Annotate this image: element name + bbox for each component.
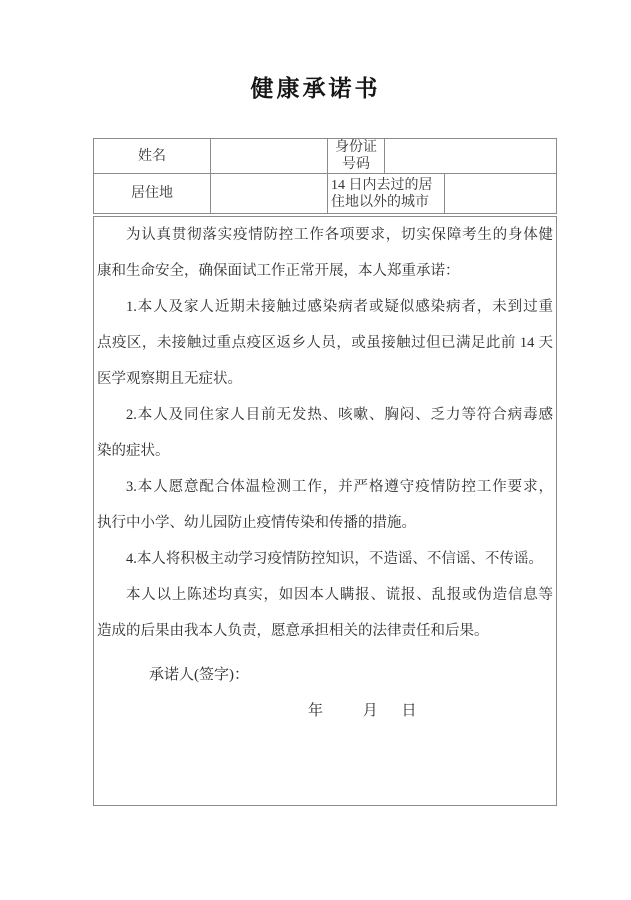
cities-within-14-days-label: 14 日内去过的居住地以外的城市 xyxy=(328,174,445,213)
document-page: 健康承诺书 姓名 身份证号码 居住地 14 日内去过的居住地以外的城市 为认真贯… xyxy=(0,0,631,900)
commitment-line: 2.本人及同住家人目前无发热、咳嗽、胸闷、乏力等符合病毒感 xyxy=(97,397,553,433)
document-title: 健康承诺书 xyxy=(0,70,631,103)
commitment-box: 为认真贯彻落实疫情防控工作各项要求，切实保障考生的身体健 康和生命安全，确保面试… xyxy=(93,216,557,806)
table-row: 姓名 身份证号码 xyxy=(94,139,556,174)
commitment-line: 本人以上陈述均真实，如因本人瞒报、谎报、乱报或伪造信息等 xyxy=(97,577,553,613)
id-number-value-cell xyxy=(385,139,556,173)
name-label: 姓名 xyxy=(94,139,211,173)
cities-value-cell xyxy=(445,174,556,213)
commitment-line: 4.本人将积极主动学习疫情防控知识，不造谣、不信谣、不传谣。 xyxy=(97,541,553,577)
commitment-line: 为认真贯彻落实疫情防控工作各项要求，切实保障考生的身体健 xyxy=(97,217,553,253)
info-table: 姓名 身份证号码 居住地 14 日内去过的居住地以外的城市 xyxy=(93,138,557,214)
name-value-cell xyxy=(211,139,328,173)
year-label: 年 xyxy=(308,703,323,719)
commitment-line: 康和生命安全，确保面试工作正常开展，本人郑重承诺： xyxy=(97,253,553,289)
date-line: 年 月 日 xyxy=(97,693,553,729)
commitment-line: 造成的后果由我本人负责，愿意承担相关的法律责任和后果。 xyxy=(97,613,553,649)
commitment-line: 1.本人及家人近期未接触过感染病者或疑似感染病者，未到过重 xyxy=(97,289,553,325)
residence-value-cell xyxy=(211,174,328,213)
commitment-line: 点疫区，未接触过重点疫区返乡人员，或虽接触过但已满足此前 14 天 xyxy=(97,325,553,361)
commitment-line: 执行中小学、幼儿园防止疫情传染和传播的措施。 xyxy=(97,505,553,541)
month-label: 月 xyxy=(363,703,378,719)
residence-label: 居住地 xyxy=(94,174,211,213)
commitment-line: 医学观察期且无症状。 xyxy=(97,361,553,397)
table-row: 居住地 14 日内去过的居住地以外的城市 xyxy=(94,174,556,213)
commitment-line: 3.本人愿意配合体温检测工作，并严格遵守疫情防控工作要求， xyxy=(97,469,553,505)
signature-label: 承诺人(签字)： xyxy=(97,657,553,693)
day-label: 日 xyxy=(402,703,417,719)
id-number-label: 身份证号码 xyxy=(328,139,385,173)
commitment-line: 染的症状。 xyxy=(97,433,553,469)
